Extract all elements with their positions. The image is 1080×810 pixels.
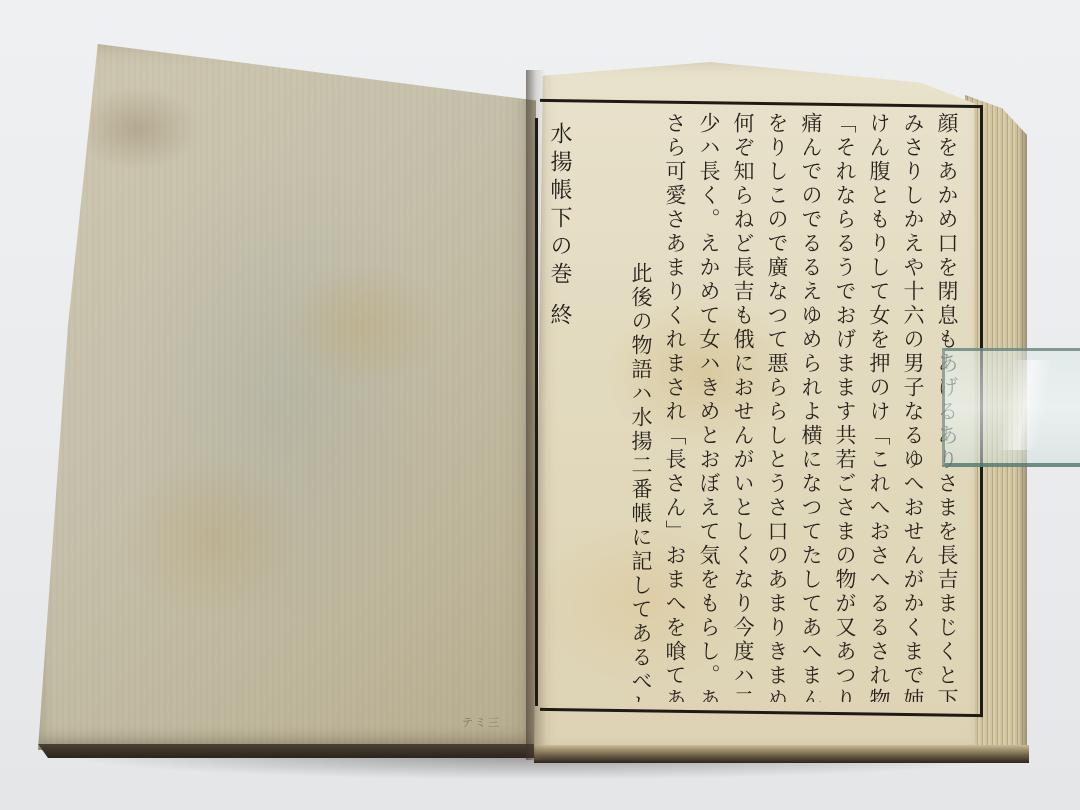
text-column: 少ハ長く。えかめて女ハきめとおぼえて気をもらし。あぐさつれておを残ハるを (692, 112, 726, 702)
vertical-text-block: 顔をあかめ口を閉息もあげるありさまを長吉まじくと下よりながめて みさりしかえや十… (592, 112, 964, 702)
text-column: みさりしかえや十六の男子なるゆへおせんがかくまで姉娘にも再度ねやごき (896, 112, 930, 702)
right-page-bottom-edge (534, 745, 1029, 763)
text-column: けん腹ともりして女を押のけ「これへおさへるるされ物が立て八痛てなりません (862, 112, 896, 702)
left-page-endpaper (38, 44, 536, 750)
glass-reflection (1000, 360, 1050, 450)
text-column-final: 此後の物語ハ水揚二番帳に記してあるべし (624, 112, 658, 702)
text-column: さら可愛さあまりくれまされ「長さん」おまへを喰てあまひ」よ (658, 112, 692, 702)
printed-frame-side-rule (535, 118, 538, 706)
side-title: 水揚帳下の巻 終 (544, 122, 574, 331)
text-column: 痛んでのでるるえゆめられよ横になつてたしてあへまんりこさしが (794, 112, 828, 702)
text-column: 「それならるうでおげまます共若ごさまの物が又あつりとゆるりとぞれでさ (828, 112, 862, 702)
text-column: 何ぞ知らねど長吉も俄におせんがいとしくなり今度ハ二度目の事なればこそも (726, 112, 760, 702)
left-page-corner-mark: テミ三 (462, 714, 501, 730)
photo-scene: テミ三 水揚帳下の巻 終 顔をあかめ口を閉息もあげるありさまを長吉まじくと下より… (0, 0, 1080, 810)
text-column: をりしこので廣なつて悪ららしとうさ口のあまりきまぬ上気と尽して落ちけられ (760, 112, 794, 702)
left-cover-edge (38, 744, 538, 758)
